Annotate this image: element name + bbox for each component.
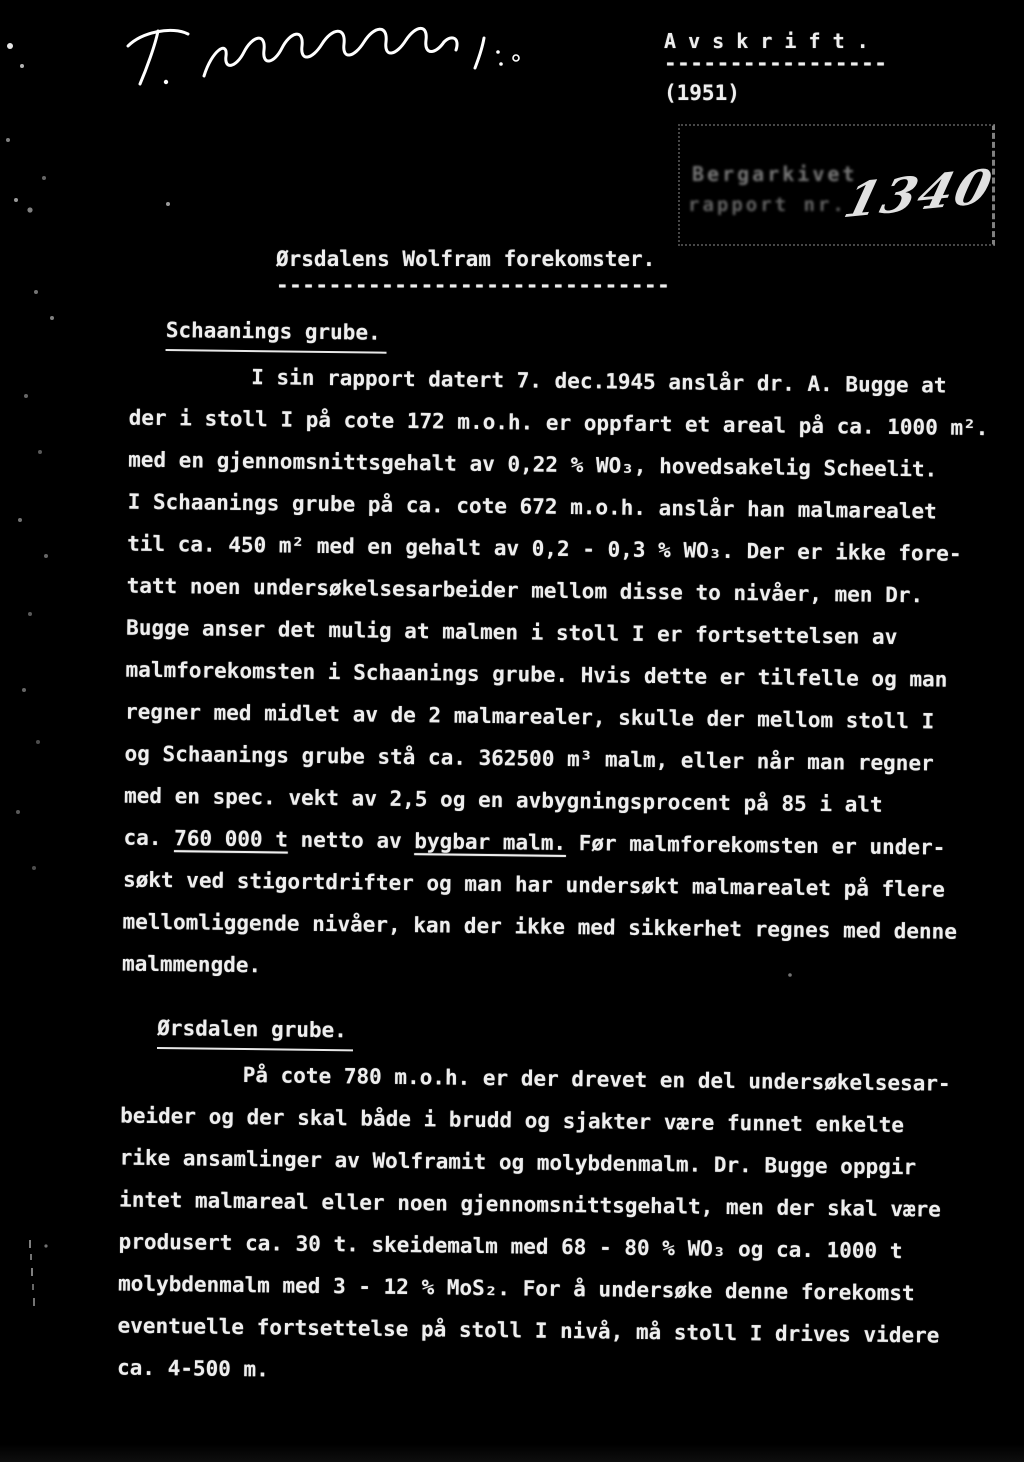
- text-segment: intet malmareal eller noen gjennomsnitts…: [119, 1188, 941, 1222]
- text-segment: bygbar malm.: [414, 829, 566, 855]
- text-segment: regner med midlet av de 2 malmarealer, s…: [125, 700, 934, 734]
- transcript-block: A v s k r i f t . ----------------- (195…: [664, 28, 887, 106]
- text-segment: med en spec. vekt av 2,5 og en avbygning…: [124, 784, 883, 817]
- text-segment: ca.: [123, 826, 174, 851]
- text-segment: I sin rapport datert 7. dec.1945 anslår …: [251, 365, 947, 397]
- scanned-document-page: T. Brøstherb A v s k r i f t . ---------…: [0, 0, 1024, 1462]
- text-segment: produsert ca. 30 t. skeidemalm med 68 - …: [118, 1230, 902, 1264]
- text-segment: beider og der skal både i brudd og sjakt…: [120, 1104, 904, 1138]
- handwritten-signature: T. Brøstherb: [100, 12, 540, 100]
- document-body: Schaanings grube.I sin rapport datert 7.…: [117, 309, 1014, 1400]
- text-segment: ca. 4-500 m.: [117, 1356, 269, 1382]
- document-year: (1951): [664, 80, 887, 106]
- stamp-handwritten-number: 1340: [839, 159, 1000, 229]
- text-segment: eventuelle fortsettelse på stoll I nivå,…: [117, 1314, 939, 1348]
- text-segment: rike ansamlinger av Wolframit og molybde…: [120, 1146, 917, 1180]
- archive-stamp: Bergarkivet rapport nr. 1340: [678, 124, 995, 246]
- text-segment: med en gjennomsnittsgehalt av 0,22 % WO₃…: [128, 448, 937, 482]
- text-segment: mellomliggende nivåer, kan der ikke med …: [122, 910, 957, 944]
- text-segment: søkt ved stigortdrifter og man har under…: [123, 868, 945, 902]
- stamp-line2: rapport nr.: [688, 194, 847, 216]
- text-segment: netto av: [288, 828, 415, 854]
- section-heading: Schaanings grube.: [166, 309, 387, 354]
- text-segment: 760 000 t: [174, 826, 288, 851]
- text-segment: der i stoll I på cote 172 m.o.h. er oppf…: [129, 406, 989, 441]
- scan-edge-band: [0, 1444, 1024, 1462]
- text-segment: Før malmforekomsten er under-: [566, 831, 946, 860]
- text-segment: I Schaanings grube på ca. cote 672 m.o.h…: [128, 490, 937, 524]
- document-title: Ørsdalens Wolfram forekomster.: [276, 244, 670, 274]
- text-segment: På cote 780 m.o.h. er der drevet en del …: [243, 1063, 951, 1096]
- text-segment: til ca. 450 m² med en gehalt av 0,2 - 0,…: [127, 532, 962, 566]
- text-segment: Bugge anser det mulig at malmen i stoll …: [126, 616, 897, 649]
- text-segment: og Schaanings grube stå ca. 362500 m³ ma…: [124, 742, 933, 776]
- text-segment: molybdenmalm med 3 - 12 % MoS₂. For å un…: [118, 1272, 915, 1306]
- document-title-block: Ørsdalens Wolfram forekomster. ---------…: [276, 244, 670, 296]
- title-underline-dashes: ------------------------------: [276, 274, 670, 296]
- signature-scribble-graphic: [100, 12, 540, 96]
- text-segment: tatt noen undersøkelsesarbeider mellom d…: [127, 574, 924, 608]
- stamp-line1: Bergarkivet: [692, 162, 857, 186]
- section-heading: Ørsdalen grube.: [157, 1007, 353, 1051]
- transcript-underline-dashes: -----------------: [664, 54, 887, 72]
- text-segment: malmmengde.: [122, 952, 261, 978]
- text-segment: malmforekomsten i Schaanings grube. Hvis…: [125, 658, 947, 692]
